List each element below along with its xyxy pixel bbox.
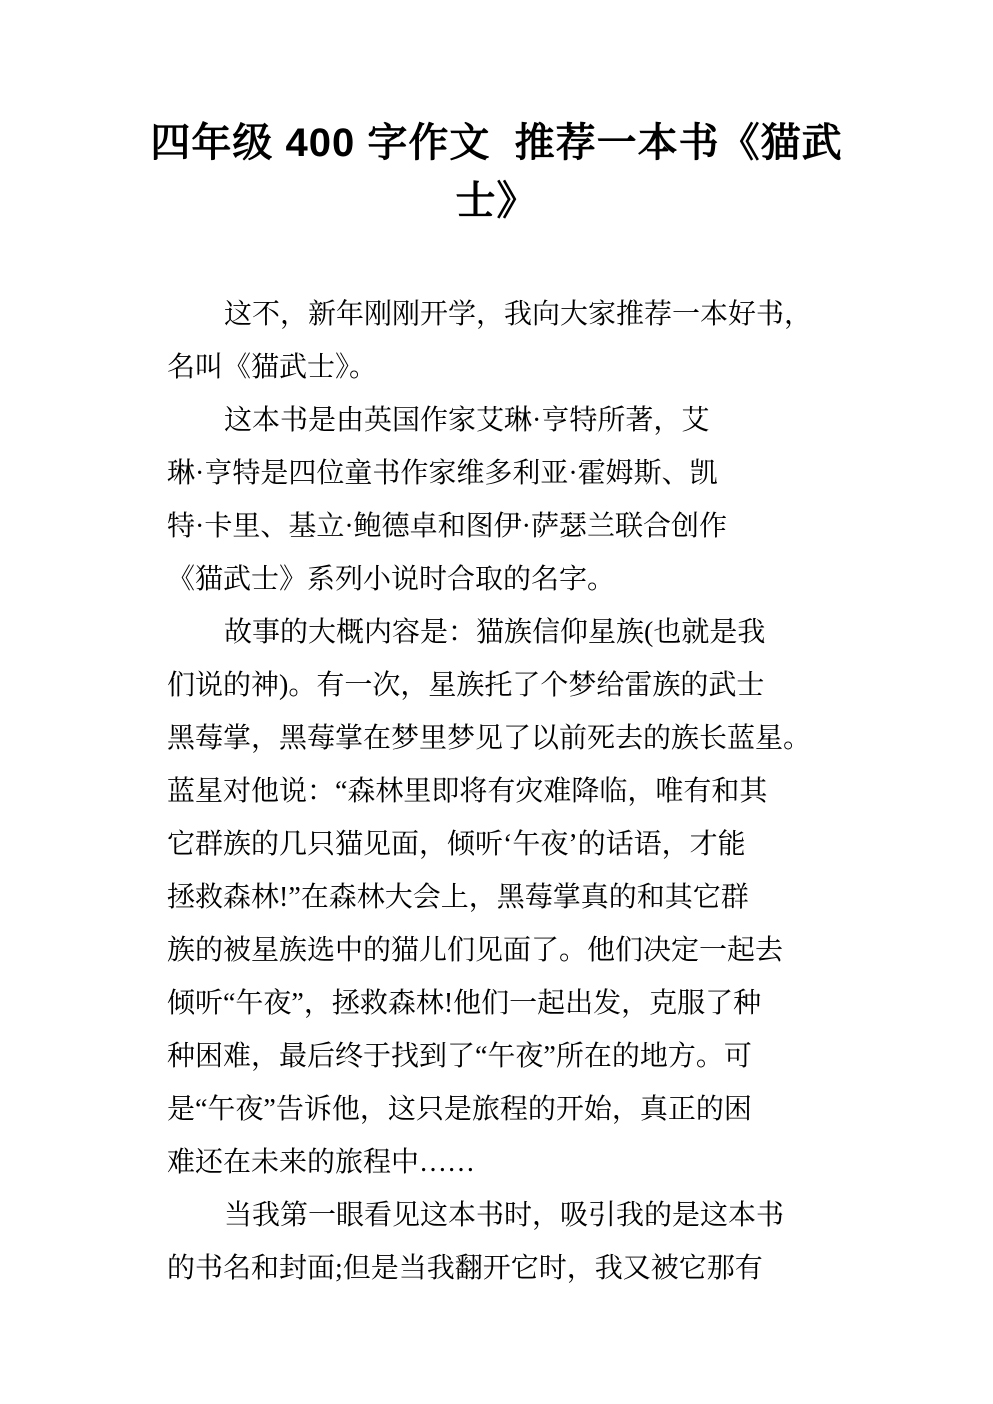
text-line: 们说的神)。有一次，星族托了个梦给雷族的武士 [167,659,867,712]
text-line: 名叫《猫武士》。 [167,341,867,394]
document-title: 四年级 400 字作文 推荐一本书《猫武 士》 [0,0,993,230]
text-line: 《猫武士》系列小说时合取的名字。 [167,553,867,606]
text-line: 故事的大概内容是：猫族信仰星族(也就是我 [167,606,867,659]
text-line: 特·卡里、基立·鲍德卓和图伊·萨瑟兰联合创作 [167,500,867,553]
text-line: 种困难，最后终于找到了“午夜”所在的地方。可 [167,1030,867,1083]
text-line: 琳·亨特是四位童书作家维多利亚·霍姆斯、凯 [167,447,867,500]
text-line: 是“午夜”告诉他，这只是旅程的开始，真正的困 [167,1083,867,1136]
paragraph: 当我第一眼看见这本书时，吸引我的是这本书的书名和封面;但是当我翻开它时，我又被它… [167,1189,867,1295]
paragraph: 这不，新年刚刚开学，我向大家推荐一本好书，名叫《猫武士》。 [167,288,867,394]
text-line: 这本书是由英国作家艾琳·亨特所著，艾 [167,394,867,447]
document-page: 四年级 400 字作文 推荐一本书《猫武 士》 这不，新年刚刚开学，我向大家推荐… [0,0,993,1404]
text-line: 族的被星族选中的猫儿们见面了。他们决定一起去 [167,924,867,977]
text-line: 倾听“午夜”，拯救森林!他们一起出发，克服了种 [167,977,867,1030]
paragraph: 这本书是由英国作家艾琳·亨特所著，艾琳·亨特是四位童书作家维多利亚·霍姆斯、凯特… [167,394,867,606]
text-line: 它群族的几只猫见面，倾听‘午夜’的话语，才能 [167,818,867,871]
paragraph: 故事的大概内容是：猫族信仰星族(也就是我们说的神)。有一次，星族托了个梦给雷族的… [167,606,867,1189]
text-line: 这不，新年刚刚开学，我向大家推荐一本好书， [167,288,867,341]
title-line-1: 四年级 400 字作文 推荐一本书《猫武 [0,114,993,172]
text-line: 当我第一眼看见这本书时，吸引我的是这本书 [167,1189,867,1242]
text-line: 黑莓掌，黑莓掌在梦里梦见了以前死去的族长蓝星。 [167,712,867,765]
text-line: 拯救森林!”在森林大会上，黑莓掌真的和其它群 [167,871,867,924]
document-body: 这不，新年刚刚开学，我向大家推荐一本好书，名叫《猫武士》。这本书是由英国作家艾琳… [167,288,867,1295]
title-line-2: 士》 [0,172,993,230]
text-line: 的书名和封面;但是当我翻开它时，我又被它那有 [167,1242,867,1295]
text-line: 难还在未来的旅程中…… [167,1136,867,1189]
text-line: 蓝星对他说：“森林里即将有灾难降临，唯有和其 [167,765,867,818]
